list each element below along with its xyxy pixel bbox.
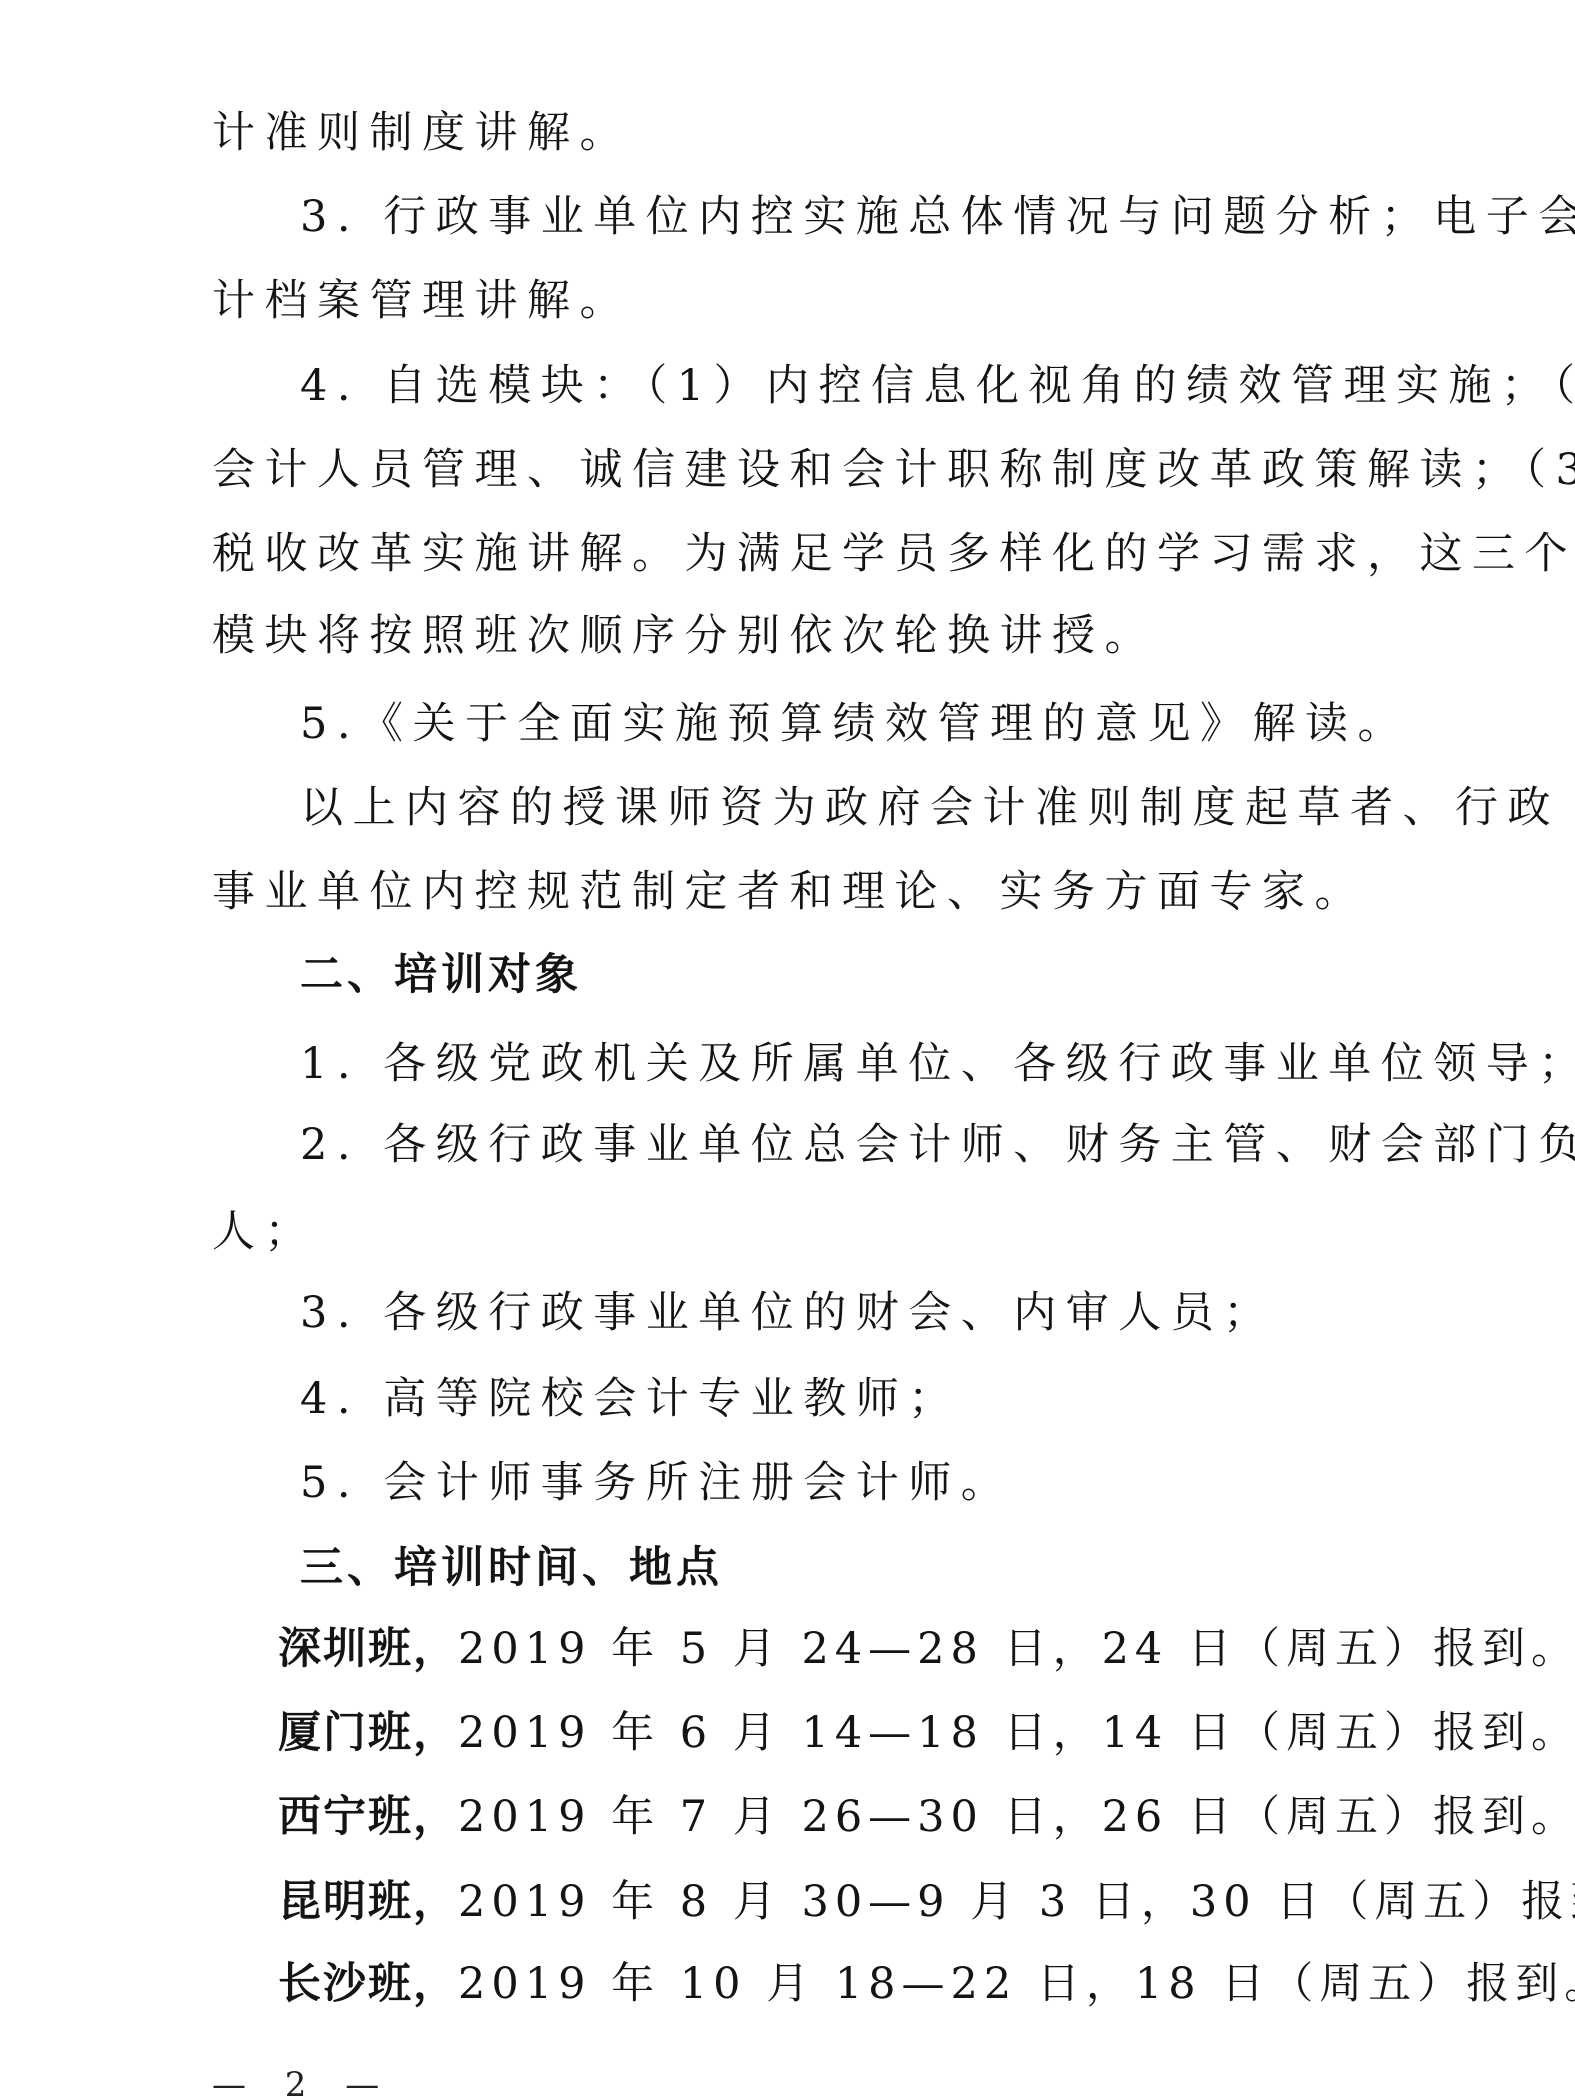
paragraph-line: 税收改革实施讲解。为满足学员多样化的学习需求，这三个 bbox=[212, 524, 1575, 584]
audience-item: 3. 各级行政事业单位的财会、内审人员； bbox=[300, 1283, 1276, 1343]
list-item-4: 4. 自选模块：（1）内控信息化视角的绩效管理实施；（2） bbox=[300, 356, 1575, 416]
paragraph-line: 会计人员管理、诚信建设和会计职称制度改革政策解读；（3） bbox=[212, 440, 1575, 500]
audience-item: 4. 高等院校会计专业教师； bbox=[300, 1369, 961, 1429]
paragraph-line: 计准则制度讲解。 bbox=[212, 103, 632, 163]
paragraph-line: 以上内容的授课师资为政府会计准则制度起草者、行政 bbox=[300, 778, 1560, 838]
class-city: 厦门班， bbox=[278, 1708, 458, 1758]
section-heading-audience: 二、培训对象 bbox=[300, 945, 582, 1005]
class-schedule-row: 长沙班，2019 年 10 月 18—22 日，18 日（周五）报到。 bbox=[278, 1954, 1575, 2014]
page-number: — 2 — bbox=[212, 2062, 393, 2100]
class-dates: 2019 年 6 月 14—18 日，14 日（周五）报到。 bbox=[458, 1708, 1575, 1758]
class-dates: 2019 年 10 月 18—22 日，18 日（周五）报到。 bbox=[458, 1959, 1575, 2009]
document-page: 计准则制度讲解。 3. 行政事业单位内控实施总体情况与问题分析；电子会 计档案管… bbox=[0, 0, 1575, 2100]
audience-item-continuation: 人； bbox=[212, 1202, 317, 1262]
audience-item: 2. 各级行政事业单位总会计师、财务主管、财会部门负责 bbox=[300, 1115, 1575, 1175]
audience-item: 1. 各级党政机关及所属单位、各级行政事业单位领导； bbox=[300, 1034, 1575, 1094]
class-city: 长沙班， bbox=[278, 1959, 458, 2009]
class-schedule-row: 厦门班，2019 年 6 月 14—18 日，14 日（周五）报到。 bbox=[278, 1703, 1575, 1763]
section-heading-schedule: 三、培训时间、地点 bbox=[300, 1538, 723, 1598]
list-item-3: 3. 行政事业单位内控实施总体情况与问题分析；电子会 bbox=[300, 187, 1575, 247]
class-city: 深圳班， bbox=[278, 1624, 458, 1674]
class-schedule-row: 深圳班，2019 年 5 月 24—28 日，24 日（周五）报到。 bbox=[278, 1619, 1575, 1679]
paragraph-line: 计档案管理讲解。 bbox=[212, 271, 632, 331]
class-dates: 2019 年 7 月 26—30 日，26 日（周五）报到。 bbox=[458, 1792, 1575, 1842]
audience-item: 5. 会计师事务所注册会计师。 bbox=[300, 1453, 1013, 1513]
list-item-5: 5.《关于全面实施预算绩效管理的意见》解读。 bbox=[300, 694, 1410, 754]
paragraph-line: 模块将按照班次顺序分别依次轮换讲授。 bbox=[212, 606, 1157, 666]
class-dates: 2019 年 8 月 30—9 月 3 日，30 日（周五）报到。 bbox=[458, 1877, 1575, 1927]
paragraph-line: 事业单位内控规范制定者和理论、实务方面专家。 bbox=[212, 862, 1367, 922]
class-schedule-row: 昆明班，2019 年 8 月 30—9 月 3 日，30 日（周五）报到。 bbox=[278, 1872, 1575, 1932]
class-dates: 2019 年 5 月 24—28 日，24 日（周五）报到。 bbox=[458, 1624, 1575, 1674]
class-city: 昆明班， bbox=[278, 1877, 458, 1927]
class-city: 西宁班， bbox=[278, 1792, 458, 1842]
class-schedule-row: 西宁班，2019 年 7 月 26—30 日，26 日（周五）报到。 bbox=[278, 1787, 1575, 1847]
